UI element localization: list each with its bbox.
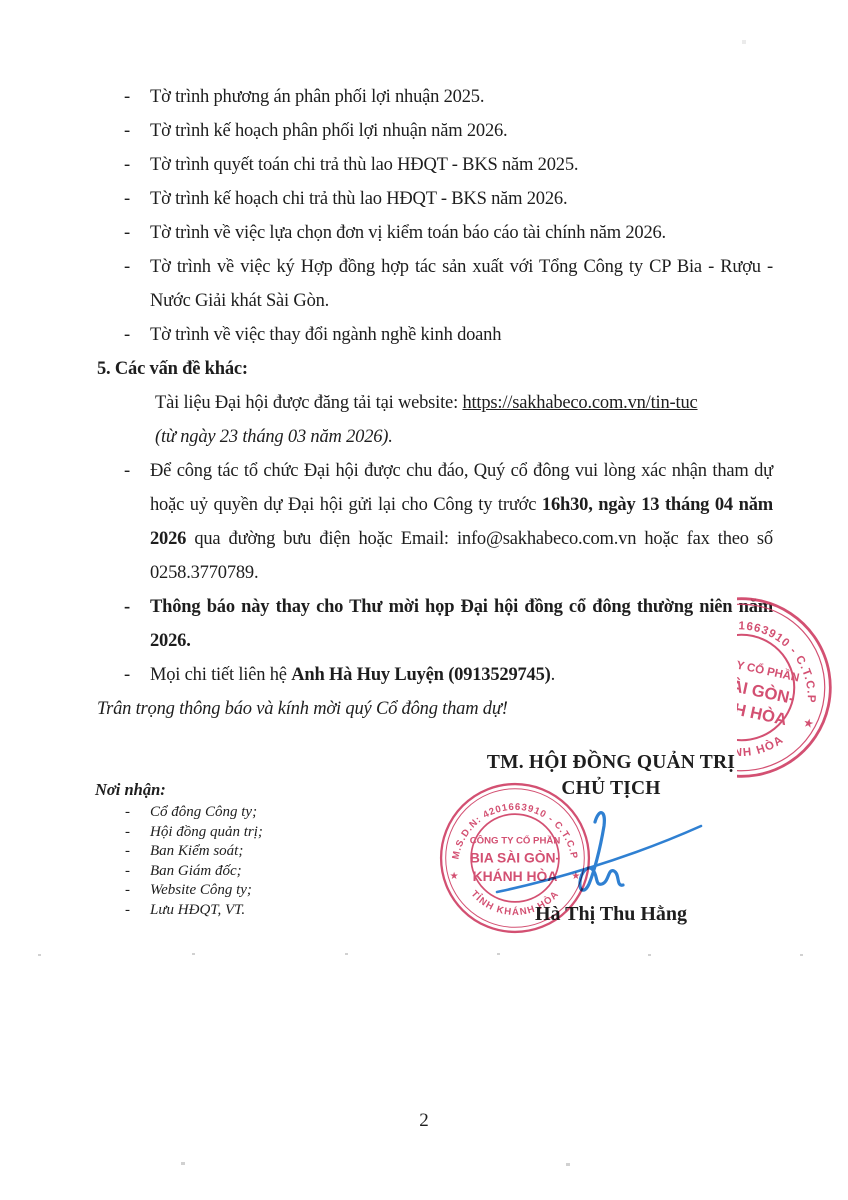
contact-person: Anh Hà Huy Luyện (0913529745) xyxy=(291,665,550,685)
agenda-item-text: Tờ trình kế hoạch phân phối lợi nhuận nă… xyxy=(150,121,507,141)
agenda-item: Tờ trình kế hoạch chi trả thù lao HĐQT -… xyxy=(97,182,773,216)
agenda-item: Tờ trình phương án phân phối lợi nhuận 2… xyxy=(97,80,773,114)
document-page: Tờ trình phương án phân phối lợi nhuận 2… xyxy=(0,0,848,1200)
agenda-item: Tờ trình kế hoạch phân phối lợi nhuận nă… xyxy=(97,114,773,148)
agenda-item-text: Tờ trình về việc thay đổi ngành nghề kin… xyxy=(150,325,501,345)
section-heading: 5. Các vấn đề khác: xyxy=(97,352,773,386)
agenda-item-text: Tờ trình kế hoạch chi trả thù lao HĐQT -… xyxy=(150,189,567,209)
website-line-prefix: Tài liệu Đại hội được đăng tải tại websi… xyxy=(155,393,462,413)
replacement-notice: Thông báo này thay cho Thư mời họp Đại h… xyxy=(97,590,773,658)
website-link[interactable]: https://sakhabeco.com.vn/tin-tuc xyxy=(462,393,697,413)
recipients-heading: Nơi nhận: xyxy=(95,780,263,800)
contact-suffix: . xyxy=(551,665,555,685)
recipient-item: Hội đồng quản trị; xyxy=(95,823,263,843)
recipient-item: Ban Kiểm soát; xyxy=(95,842,263,862)
agenda-item-text: Tờ trình về việc ký Hợp đồng hợp tác sản… xyxy=(150,257,773,311)
recipient-item: Website Công ty; xyxy=(95,881,263,901)
document-body: Tờ trình phương án phân phối lợi nhuận 2… xyxy=(97,80,773,726)
agenda-item-text: Tờ trình phương án phân phối lợi nhuận 2… xyxy=(150,87,484,107)
agenda-item: Tờ trình về việc thay đổi ngành nghề kin… xyxy=(97,318,773,352)
recipient-item: Cổ đông Công ty; xyxy=(95,803,263,823)
partial-seal-clip: M.S.D.N: 4201663910 - C.T.C.P TỈNH KHÁNH… xyxy=(737,592,848,788)
company-seal-partial-icon: M.S.D.N: 4201663910 - C.T.C.P TỈNH KHÁNH… xyxy=(737,592,848,788)
confirmation-text-cont: qua đường bưu điện hoặc Email: info@sakh… xyxy=(150,529,773,583)
signature-loops-stroke xyxy=(580,813,623,891)
handwritten-signature xyxy=(485,800,715,905)
agenda-item: Tờ trình quyết toán chi trả thù lao HĐQT… xyxy=(97,148,773,182)
closing-line: Trân trọng thông báo và kính mời quý Cổ … xyxy=(97,692,773,726)
recipient-item: Ban Giám đốc; xyxy=(95,862,263,882)
confirmation-paragraph: Để công tác tổ chức Đại hội được chu đáo… xyxy=(97,454,773,590)
agenda-item: Tờ trình về việc lựa chọn đơn vị kiểm to… xyxy=(97,216,773,250)
agenda-item-text: Tờ trình về việc lựa chọn đơn vị kiểm to… xyxy=(150,223,666,243)
page-number: 2 xyxy=(0,1110,848,1132)
agenda-item: Tờ trình về việc ký Hợp đồng hợp tác sản… xyxy=(97,250,773,318)
star-glyph: ★ xyxy=(450,871,459,882)
contact-line: Mọi chi tiết liên hệ Anh Hà Huy Luyện (0… xyxy=(97,658,773,692)
website-date-note: (từ ngày 23 tháng 03 năm 2026). xyxy=(97,420,773,454)
recipient-item: Lưu HĐQT, VT. xyxy=(95,901,263,921)
recipients-block: Nơi nhận: Cổ đông Công ty; Hội đồng quản… xyxy=(95,780,263,920)
contact-prefix: Mọi chi tiết liên hệ xyxy=(150,665,291,685)
website-line: Tài liệu Đại hội được đăng tải tại websi… xyxy=(97,386,773,420)
on-behalf-line: TM. HỘI ĐỒNG QUẢN TRỊ xyxy=(450,750,772,776)
agenda-item-text: Tờ trình quyết toán chi trả thù lao HĐQT… xyxy=(150,155,578,175)
